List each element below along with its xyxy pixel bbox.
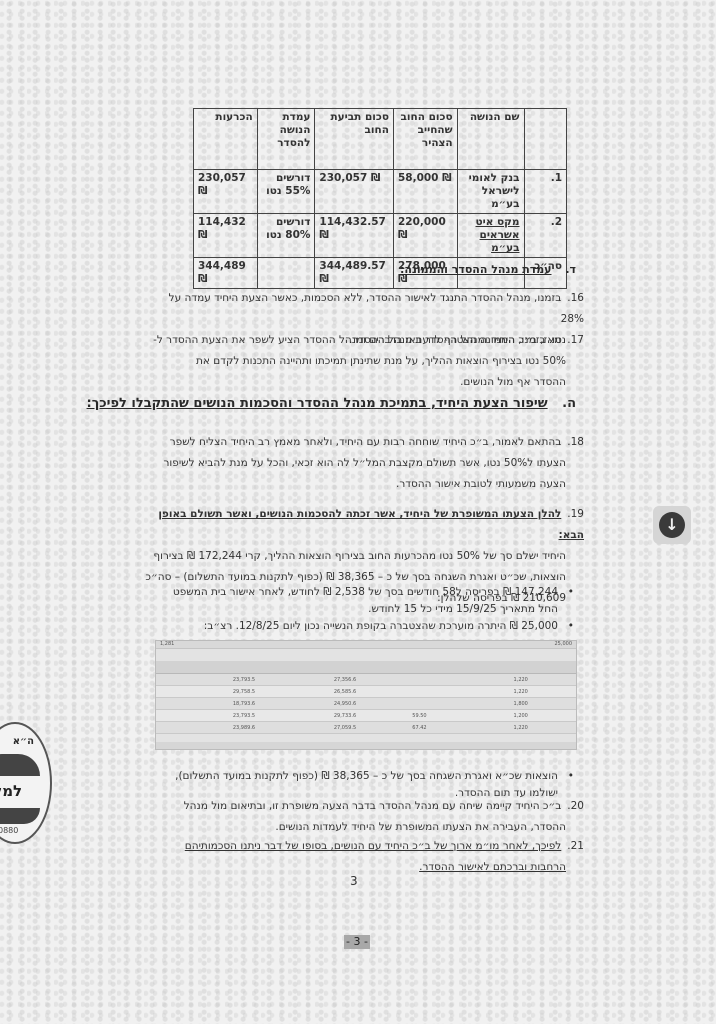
embed-row: 1,80024,950.618,793.6 xyxy=(156,698,576,710)
paragraph-20: 20.ב״כ היחיד קיימה שיחה עם מנהל ההסדר בד… xyxy=(144,796,584,838)
embed-row: 1,22067.4227,059.523,989.6 xyxy=(156,722,576,734)
stamp-band xyxy=(0,754,40,776)
paragraph-number: 20. xyxy=(567,800,584,812)
stamp-text: ה״א xyxy=(13,736,34,747)
table-row: 1. בנק לאומי לישראל בע״מ 58,000 ₪ 230,05… xyxy=(194,170,567,214)
paragraph-text: הצעתו ל50% נטו, אשר תשולם מקצבת המל״ל לה… xyxy=(144,453,584,474)
embed-row: 1,20059.5029,733.623,793.5 xyxy=(156,710,576,722)
paragraph-text: ההסדר, העבירה את הצעתו המשופרת של היחיד … xyxy=(144,817,584,838)
embed-row: 1,22027,356.623,793.5 xyxy=(156,674,576,686)
ruling: 114,432 ₪ xyxy=(194,214,258,258)
seal-stamp: ה״א למקו 0880 xyxy=(0,722,52,844)
ruling: 230,057 ₪ xyxy=(194,170,258,214)
claim-amount: 114,432.57 ₪ xyxy=(315,214,394,258)
paragraph-text: הרחבות וברכתם לאישור ההסדר. xyxy=(144,857,584,878)
row-index: 1. xyxy=(524,170,566,214)
section-letter: ה. xyxy=(562,396,576,411)
declared-debt: 58,000 ₪ xyxy=(393,170,457,214)
paragraph-number: 19. xyxy=(567,508,584,520)
paragraph-text: היחיד ישלם סך של 50% נטו מהכרעות החוב בצ… xyxy=(144,546,584,567)
col-creditor-position: עמדת הנושה להסדר xyxy=(257,109,315,170)
col-rulings: הכרעות xyxy=(194,109,258,170)
stamp-text: 0880 xyxy=(0,826,18,835)
table-row: 2. מקס איט אשראים בע״מ 220,000 ₪ 114,432… xyxy=(194,214,567,258)
col-creditor-name: שם הנושה xyxy=(457,109,524,170)
arrow-down-circle-icon: ↓ xyxy=(659,512,685,538)
col-claim-amount: סכום תביעת החוב xyxy=(315,109,394,170)
paragraph-number: 21. xyxy=(567,840,584,852)
paragraph-number: 16. xyxy=(567,292,584,304)
creditor-table: שם הנושה סכום החוב שהחייב הצהיר סכום תבי… xyxy=(193,108,567,289)
row-index: 2. xyxy=(524,214,566,258)
paragraph-text: הצעה משמעותי לטובת אישור ההסדר. xyxy=(144,474,584,495)
paragraph-text: 50% נטו בצירוף הוצאות ההליך, על מנת שתינ… xyxy=(144,351,584,372)
embed-summary-bar: 25,000 1,281 xyxy=(156,641,576,649)
embed-table: 1,22027,356.623,793.5 1,22026,585.629,75… xyxy=(156,661,576,734)
embedded-fund-screenshot: 25,000 1,281 1,22027,356.623,793.5 1,220… xyxy=(155,640,577,750)
section-title: עמדת מנהל ההסדר והממונה: xyxy=(400,263,552,276)
section-letter: ד. xyxy=(565,263,576,276)
paragraph-number: 17. xyxy=(567,334,584,346)
paragraph-17: 17.מאז, ב״כ היחיד ומנהל ההסדר באו בדברים… xyxy=(144,330,584,393)
total-ruling: 344,489 ₪ xyxy=(194,258,258,289)
total-claim: 344,489.57 ₪ xyxy=(315,258,394,289)
embed-summary-value: 25,000 xyxy=(555,641,573,648)
bullet-item: 25,000 ₪ היתרה מוערכת שהצטברה בקופת הנשי… xyxy=(156,618,576,635)
total-empty xyxy=(257,258,315,289)
document-page: שם הנושה סכום החוב שהחייב הצהיר סכום תבי… xyxy=(0,0,716,1024)
paragraph-title: להלן הצעתו המשופרת של היחיד, אשר זכתה לה… xyxy=(158,508,584,541)
section-e-heading: ה. שיפור הצעת היחיד, בתמיכת מנהל ההסדר ו… xyxy=(87,396,576,411)
section-title: שיפור הצעת היחיד, בתמיכת מנהל ההסדר והסכ… xyxy=(87,396,548,411)
creditor-name: בנק לאומי לישראל בע״מ xyxy=(457,170,524,214)
stamp-band xyxy=(0,808,40,824)
payment-bullets: 147,244 ₪ בפריסה ל58 חודשים בסך של 2,538… xyxy=(156,584,576,635)
paragraph-text: ב״כ היחיד קיימה שיחה עם מנהל ההסדר בדבר … xyxy=(184,800,562,812)
col-index xyxy=(524,109,566,170)
creditor-name: מקס איט אשראים בע״מ xyxy=(457,214,524,258)
paragraph-text: בהתאם לאמור, ב״כ היחיד שוחחה רבות עם היח… xyxy=(170,436,562,448)
embed-pager xyxy=(156,742,576,749)
creditor-position: דורשים 80% נטו xyxy=(257,214,315,258)
col-declared-debt: סכום החוב שהחייב הצהיר xyxy=(393,109,457,170)
paragraph-18: 18.בהתאם לאמור, ב״כ היחיד שוחחה רבות עם … xyxy=(144,432,584,495)
paragraph-text: מאז, ב״כ היחיד ומנהל ההסדר באו בדברים ומ… xyxy=(153,334,561,346)
paragraph-text: ההסדר אף מול הנושים. xyxy=(144,372,584,393)
embed-description xyxy=(156,649,576,661)
claim-amount: 230,057 ₪ xyxy=(315,170,394,214)
paragraph-text: בזמנו, מנהל ההסדר התנגד לאישור ההסדר, לל… xyxy=(169,292,584,325)
embed-row: 1,22026,585.629,758.5 xyxy=(156,686,576,698)
page-number: 3 xyxy=(350,874,358,888)
paragraph-21: 21.לפיכך, לאחר מו״מ ארוך של ב״כ היחיד עם… xyxy=(144,836,584,878)
bullet-item: 147,244 ₪ בפריסה ל58 חודשים בסך של 2,538… xyxy=(156,584,576,618)
paragraph-text: לפיכך, לאחר מו״מ ארוך של ב״כ היחיד עם הנ… xyxy=(185,840,562,852)
declared-debt: 220,000 ₪ xyxy=(393,214,457,258)
creditor-position: דורשים 55% נטו xyxy=(257,170,315,214)
table-header-row: שם הנושה סכום החוב שהחייב הצהיר סכום תבי… xyxy=(194,109,567,170)
stamp-text: למקו xyxy=(0,782,22,800)
section-d-heading: ד. עמדת מנהל ההסדר והממונה: xyxy=(400,263,576,276)
scroll-down-button[interactable]: ↓ xyxy=(653,506,691,544)
paragraph-number: 18. xyxy=(567,436,584,448)
embed-summary-value: 1,281 xyxy=(160,641,174,648)
page-number-label: - 3 - xyxy=(344,935,370,949)
